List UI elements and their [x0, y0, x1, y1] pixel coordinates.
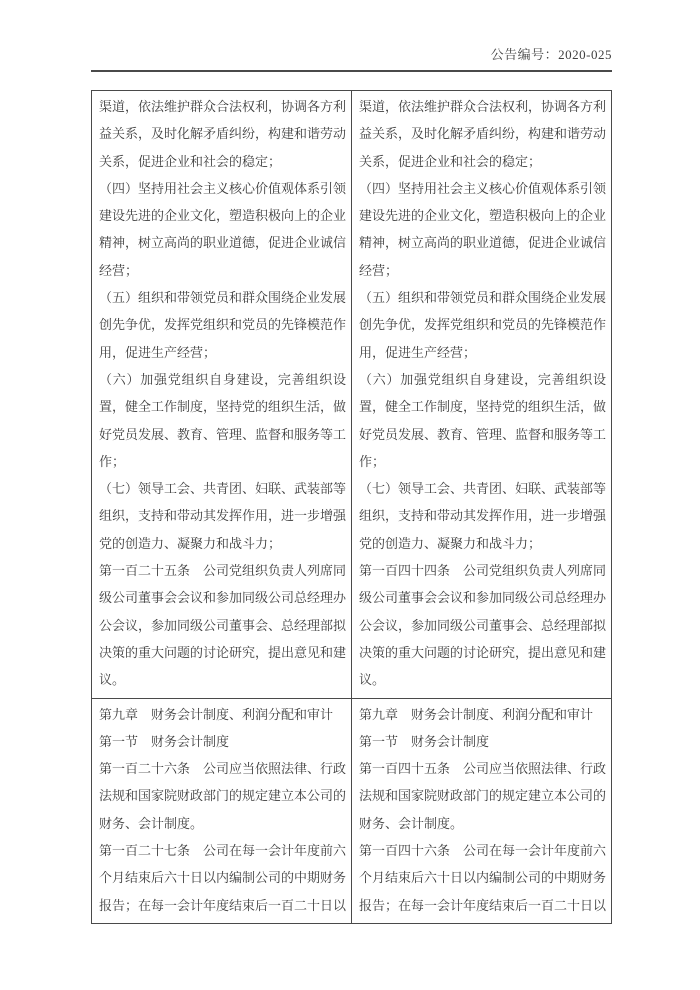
paragraph: （五）组织和带领党员和群众围绕企业发展创先争优，发挥党组织和党员的先锋模范作用，… — [99, 284, 346, 366]
paragraph: 第一节 财务会计制度 — [359, 728, 606, 755]
comparison-table: 渠道，依法维护群众合法权利，协调各方利益关系，及时化解矛盾纠纷，构建和谐劳动关系… — [91, 90, 612, 924]
paragraph: （七）领导工会、共青团、妇联、武装部等组织，支持和带动其发挥作用，进一步增强党的… — [99, 475, 346, 557]
paragraph: （六）加强党组织自身建设，完善组织设置，健全工作制度，坚持党的组织生活，做好党员… — [99, 366, 346, 475]
paragraph: （四）坚持用社会主义核心价值观体系引领建设先进的企业文化，塑造积极向上的企业精神… — [99, 175, 346, 284]
cell-right-row-1: 渠道，依法维护群众合法权利，协调各方利益关系，及时化解矛盾纠纷，构建和谐劳动关系… — [352, 91, 612, 699]
paragraph: 第一百二十六条 公司应当依照法律、行政法规和国家院财政部门的规定建立本公司的财务… — [99, 755, 346, 837]
cell-left-row-2: 第九章 财务会计制度、利润分配和审计 第一节 财务会计制度 第一百二十六条 公司… — [92, 698, 352, 923]
paragraph: 第九章 财务会计制度、利润分配和审计 — [99, 701, 346, 728]
paragraph: 第一节 财务会计制度 — [99, 728, 346, 755]
page-header: 公告编号：2020-025 — [91, 44, 612, 63]
table-row-2: 第九章 财务会计制度、利润分配和审计 第一节 财务会计制度 第一百二十六条 公司… — [92, 698, 612, 923]
cell-left-row-1: 渠道，依法维护群众合法权利，协调各方利益关系，及时化解矛盾纠纷，构建和谐劳动关系… — [92, 91, 352, 699]
paragraph: 第一百四十四条 公司党组织负责人列席同级公司董事会会议和参加同级公司总经理办公会… — [359, 557, 606, 693]
paragraph: 渠道，依法维护群众合法权利，协调各方利益关系，及时化解矛盾纠纷，构建和谐劳动关系… — [359, 93, 606, 175]
paragraph: （七）领导工会、共青团、妇联、武装部等组织，支持和带动其发挥作用，进一步增强党的… — [359, 475, 606, 557]
paragraph: （四）坚持用社会主义核心价值观体系引领建设先进的企业文化，塑造积极向上的企业精神… — [359, 175, 606, 284]
announcement-number: 公告编号：2020-025 — [491, 47, 612, 62]
cell-right-row-2: 第九章 财务会计制度、利润分配和审计 第一节 财务会计制度 第一百四十五条 公司… — [352, 698, 612, 923]
paragraph: 第九章 财务会计制度、利润分配和审计 — [359, 701, 606, 728]
paragraph: 第一百二十七条 公司在每一会计年度前六个月结束后六十日以内编制公司的中期财务报告… — [99, 837, 346, 919]
header-divider — [91, 70, 612, 72]
table-row-1: 渠道，依法维护群众合法权利，协调各方利益关系，及时化解矛盾纠纷，构建和谐劳动关系… — [92, 91, 612, 699]
paragraph: （六）加强党组织自身建设，完善组织设置，健全工作制度，坚持党的组织生活，做好党员… — [359, 366, 606, 475]
paragraph: 渠道，依法维护群众合法权利，协调各方利益关系，及时化解矛盾纠纷，构建和谐劳动关系… — [99, 93, 346, 175]
paragraph: 第一百四十六条 公司在每一会计年度前六个月结束后六十日以内编制公司的中期财务报告… — [359, 837, 606, 919]
paragraph: 第一百二十五条 公司党组织负责人列席同级公司董事会会议和参加同级公司总经理办公会… — [99, 557, 346, 693]
paragraph: （五）组织和带领党员和群众围绕企业发展创先争优，发挥党组织和党员的先锋模范作用，… — [359, 284, 606, 366]
document-page: 公告编号：2020-025 渠道，依法维护群众合法权利，协调各方利益关系，及时化… — [0, 0, 700, 990]
paragraph: 第一百四十五条 公司应当依照法律、行政法规和国家院财政部门的规定建立本公司的财务… — [359, 755, 606, 837]
